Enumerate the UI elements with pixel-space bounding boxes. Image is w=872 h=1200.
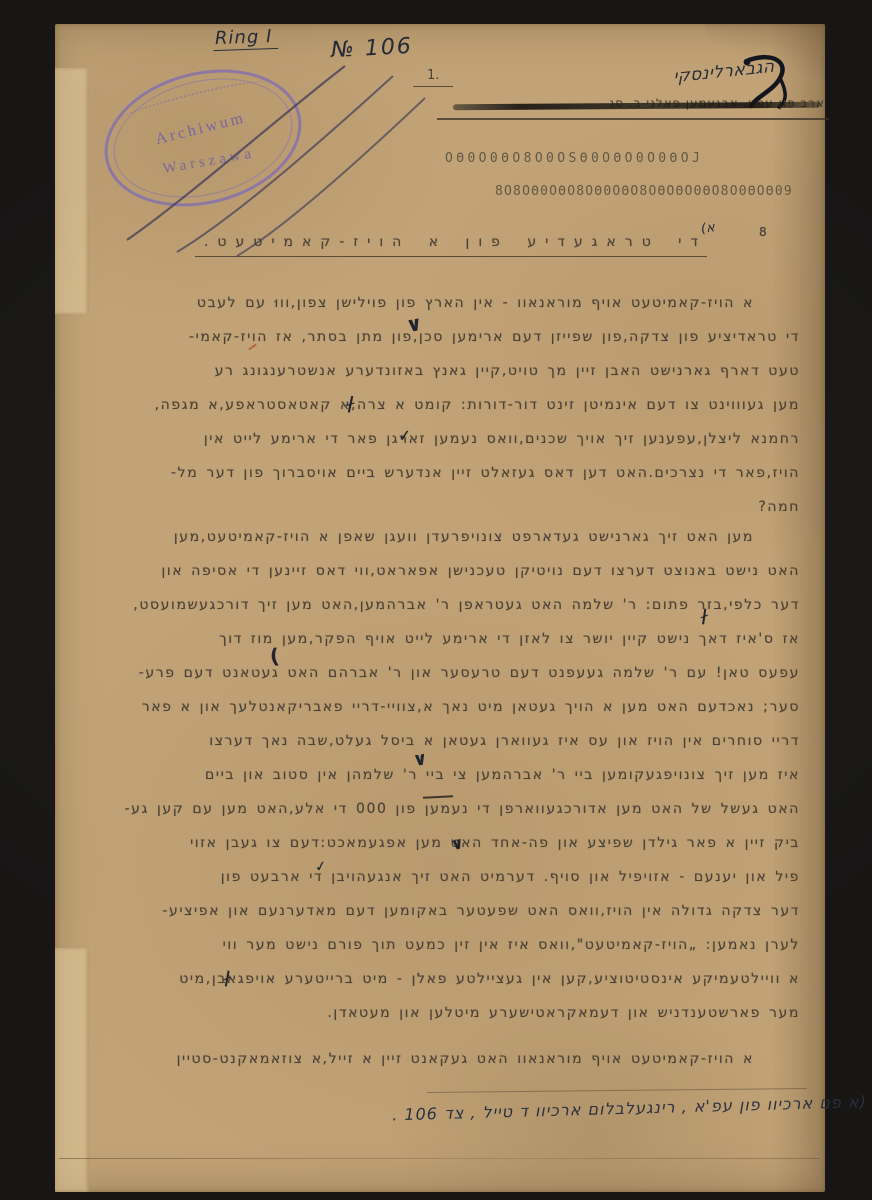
struck-heading: ארב פון עפ י. אבגעמען פאלני ב. סנ — [447, 96, 825, 122]
footer-archive-note: (א פם ארכיוו פון עפ'א , רינגעלבלום ארכיו… — [301, 1092, 867, 1127]
pencil-line — [427, 1088, 807, 1093]
paragraph-3: א הויז-קאמיטעט אויף מוראנאוו האט געקאנט … — [86, 1042, 800, 1076]
pen-strokes-over-stamp — [95, 58, 455, 268]
document-paper: Ring I № 106 1. הגבארלינסקי ארב פון עפ י… — [55, 24, 825, 1192]
paragraph-1: א הויז-קאמיטעט אויף מוראנאוו - אין הארץ … — [86, 286, 800, 524]
tape-strip-top — [55, 68, 89, 314]
ring-annotation: Ring I — [213, 26, 279, 51]
separator-row-2: 8O8OΘ0OΘO8OΘ0OΘO8OΘOΘO0ΘO8O0ΘOΘ09 — [495, 184, 793, 199]
scanned-document-page: { "annotations": { "ring_label": "Ring I… — [0, 0, 872, 1200]
paper-crease — [59, 1158, 819, 1159]
separator-row-1: OΘ0O0ΘO8O0OSΘ0OΘO0O0ΘOJ — [445, 151, 703, 166]
tape-strip-bottom — [55, 948, 89, 1192]
paragraph-2: מען האט זיך גארנישט געדארפט צונויפרעדן ו… — [86, 520, 800, 1030]
stray-typed-character: 8 — [759, 225, 767, 239]
strike-underline — [437, 118, 829, 120]
